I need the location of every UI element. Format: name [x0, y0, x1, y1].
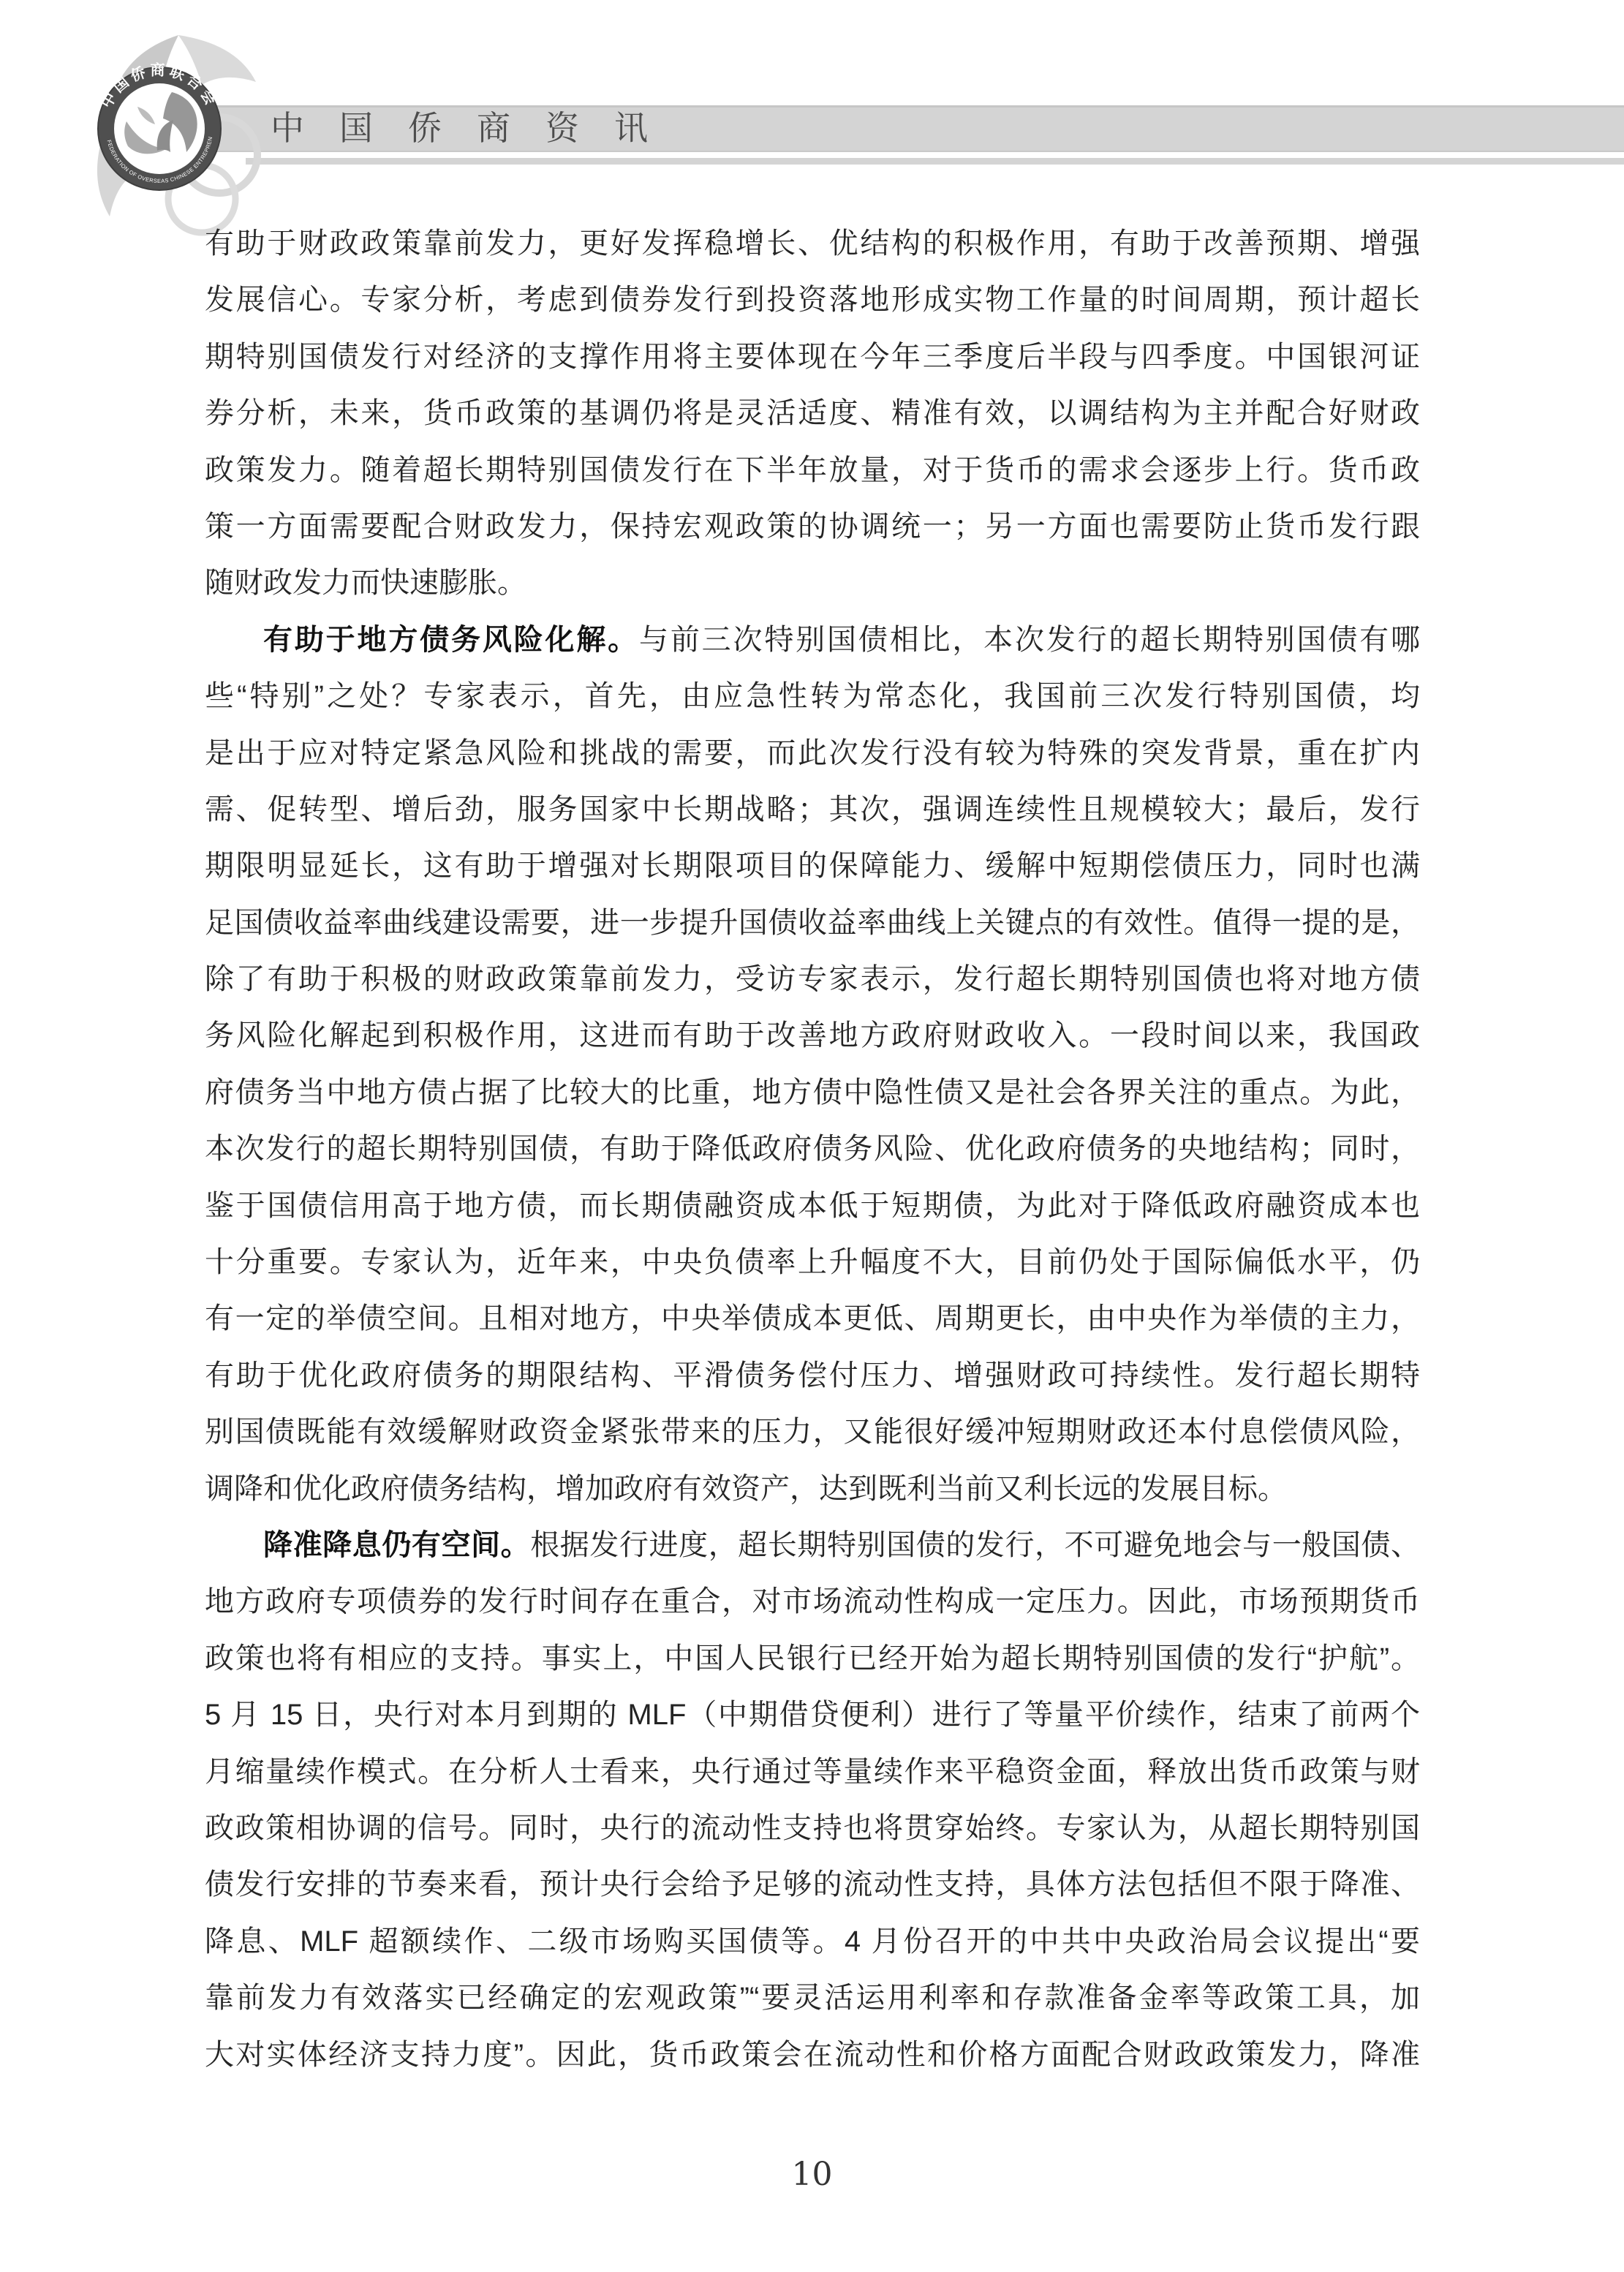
text-line: 些“特别”之处？专家表示，首先，由应急性转为常态化，我国前三次发行特别国债，均 [205, 668, 1420, 725]
text-line: 务风险化解起到积极作用，这进而有助于改善地方政府财政收入。一段时间以来，我国政 [205, 1008, 1420, 1064]
text-line: 政策也将有相应的支持。事实上，中国人民银行已经开始为超长期特别国债的发行“护航”… [205, 1631, 1420, 1687]
text-line: 府债务当中地方债占据了比较大的比重，地方债中隐性债又是社会各界关注的重点。为此， [205, 1065, 1420, 1121]
text-line: 有助于地方债务风险化解。与前三次特别国债相比，本次发行的超长期特别国债有哪 [205, 612, 1420, 668]
text-line: 有助于财政政策靠前发力，更好发挥稳增长、优结构的积极作用，有助于改善预期、增强 [205, 216, 1420, 272]
text-line: 足国债收益率曲线建设需要，进一步提升国债收益率曲线上关键点的有效性。值得一提的是… [205, 895, 1420, 951]
text-line: 月缩量续作模式。在分析人士看来，央行通过等量续作来平稳资金面，释放出货币政策与财 [205, 1744, 1420, 1800]
text-line: 别国债既能有效缓解财政资金紧张带来的压力，又能很好缓冲短期财政还本付息偿债风险， [205, 1404, 1420, 1460]
text-line: 有助于优化政府债务的期限结构、平滑债务偿付压力、增强财政可持续性。发行超长期特 [205, 1348, 1420, 1404]
paragraph-lead: 降准降息仍有空间。 [263, 1529, 530, 1561]
paragraph-lead: 有助于地方债务风险化解。 [263, 624, 639, 656]
text-line: 降息、MLF 超额续作、二级市场购买国债等。4 月份召开的中共中央政治局会议提出… [205, 1914, 1420, 1970]
text-line: 大对实体经济支持力度”。因此，货币政策会在流动性和价格方面配合财政政策发力，降准 [205, 2027, 1420, 2083]
text-line: 债发行安排的节奏来看，预计央行会给予足够的流动性支持，具体方法包括但不限于降准、 [205, 1857, 1420, 1913]
text-line: 策一方面需要配合财政发力，保持宏观政策的协调统一；另一方面也需要防止货币发行跟 [205, 499, 1420, 555]
text-line: 是出于应对特定紧急风险和挑战的需要，而此次发行没有较为特殊的突发背景，重在扩内 [205, 725, 1420, 782]
text-line: 期特别国债发行对经济的支撑作用将主要体现在今年三季度后半段与四季度。中国银河证 [205, 329, 1420, 385]
federation-logo: 中国侨商联合会 CHINA FEDERATION OF OVERSEAS CHI… [67, 28, 265, 247]
text-line: 鉴于国债信用高于地方债，而长期债融资成本低于短期债，为此对于降低政府融资成本也 [205, 1178, 1420, 1234]
text-line: 期限明显延长，这有助于增强对长期限项目的保障能力、缓解中短期偿债压力，同时也满 [205, 838, 1420, 894]
document-page: 中国侨商资讯 [0, 0, 1624, 2272]
text-line: 券分析，未来，货币政策的基调仍将是灵活适度、精准有效，以调结构为主并配合好财政 [205, 385, 1420, 442]
text-line: 有一定的举债空间。且相对地方，中央举债成本更低、周期更长，由中央作为举债的主力， [205, 1291, 1420, 1347]
text-line: 降准降息仍有空间。根据发行进度，超长期特别国债的发行，不可避免地会与一般国债、 [205, 1517, 1420, 1574]
article-text: 有助于财政政策靠前发力，更好发挥稳增长、优结构的积极作用，有助于改善预期、增强发… [205, 216, 1420, 2083]
banner-title: 中国侨商资讯 [271, 107, 683, 151]
text-line: 除了有助于积极的财政政策靠前发力，受访专家表示，发行超长期特别国债也将对地方债 [205, 951, 1420, 1008]
text-line: 本次发行的超长期特别国债，有助于降低政府债务风险、优化政府债务的央地结构；同时， [205, 1121, 1420, 1177]
text-line: 5 月 15 日，央行对本月到期的 MLF（中期借贷便利）进行了等量平价续作，结… [205, 1687, 1420, 1743]
page-number: 10 [0, 2156, 1624, 2193]
text-line: 政策发力。随着超长期特别国债发行在下半年放量，对于货币的需求会逐步上行。货币政 [205, 442, 1420, 499]
text-line: 政政策相协调的信号。同时，央行的流动性支持也将贯穿始终。专家认为，从超长期特别国 [205, 1800, 1420, 1857]
text-line: 调降和优化政府债务结构，增加政府有效资产，达到既利当前又利长远的发展目标。 [205, 1461, 1420, 1517]
text-line: 发展信心。专家分析，考虑到债券发行到投资落地形成实物工作量的时间周期，预计超长 [205, 272, 1420, 328]
text-line: 十分重要。专家认为，近年来，中央负债率上升幅度不大，目前仍处于国际偏低水平，仍 [205, 1234, 1420, 1291]
text-line: 随财政发力而快速膨胀。 [205, 555, 1420, 611]
text-line: 靠前发力有效落实已经确定的宏观政策”“要灵活运用利率和存款准备金率等政策工具，加 [205, 1970, 1420, 2026]
text-line: 需、促转型、增后劲，服务国家中长期战略；其次，强调连续性且规模较大；最后，发行 [205, 782, 1420, 838]
header-banner: 中国侨商资讯 [189, 105, 1624, 152]
text-line: 地方政府专项债券的发行时间存在重合，对市场流动性构成一定压力。因此，市场预期货币 [205, 1574, 1420, 1630]
header-banner-underline [246, 158, 1624, 165]
